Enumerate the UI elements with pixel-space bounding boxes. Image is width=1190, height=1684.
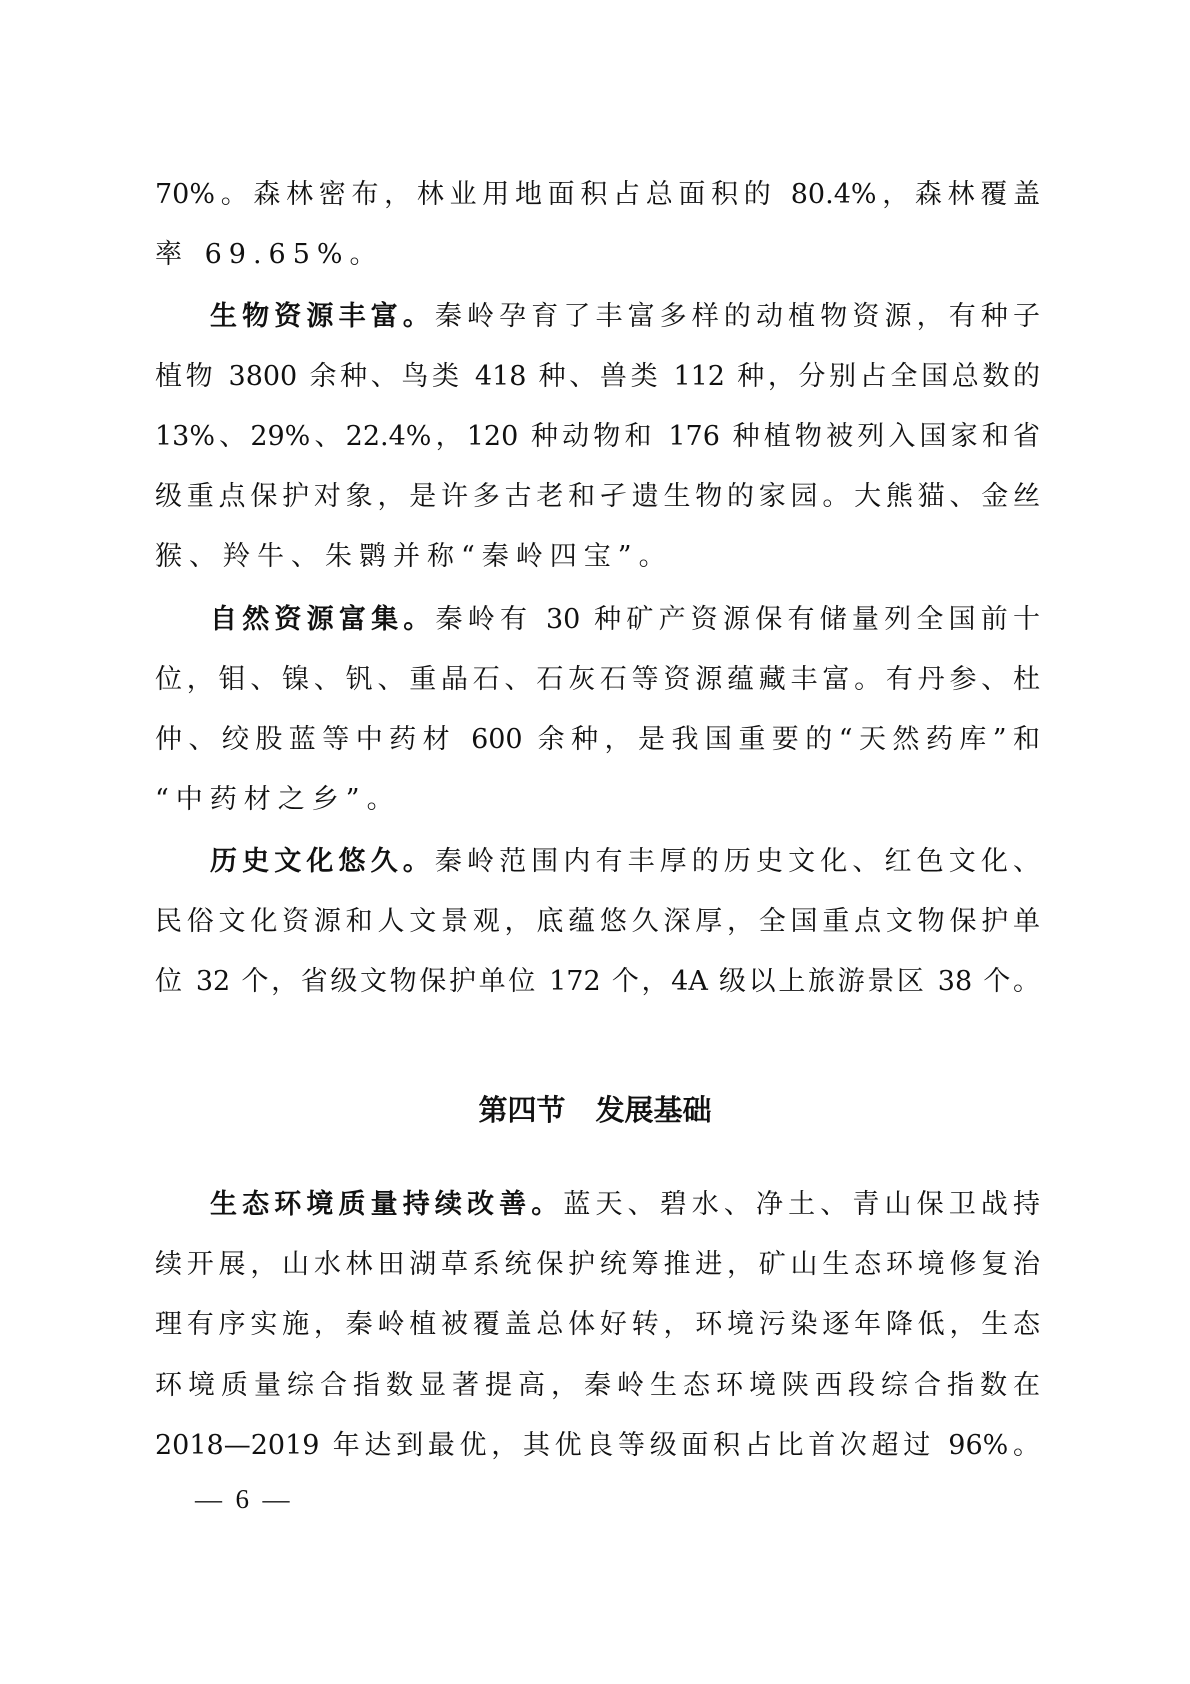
paragraph-line: 民俗文化资源和人文景观，底蕴悠久深厚，全国重点文物保护单 [155, 902, 1040, 942]
paragraph-line: “中药材之乡”。 [155, 780, 1040, 820]
page-number: — 6 — [195, 1479, 290, 1519]
paragraph-first-line: 生态环境质量持续改善。蓝天、碧水、净土、青山保卫战持 [210, 1185, 1040, 1225]
paragraph-lead-ecology: 生态环境质量持续改善。 [210, 1189, 563, 1220]
paragraph-first-line: 生物资源丰富。秦岭孕育了丰富多样的动植物资源，有种子 [210, 297, 1040, 337]
paragraph-line: 位 32 个，省级文物保护单位 172 个，4A 级以上旅游景区 38 个。 [155, 962, 1040, 1002]
paragraph-text: 秦岭范围内有丰厚的历史文化、红色文化、 [435, 846, 1040, 877]
paragraph-line: 70%。森林密布，林业用地面积占总面积的 80.4%，森林覆盖 [155, 175, 1040, 215]
paragraph-first-line: 历史文化悠久。秦岭范围内有丰厚的历史文化、红色文化、 [210, 842, 1040, 882]
section-title: 发展基础 [596, 1093, 712, 1127]
paragraph-text: 秦岭孕育了丰富多样的动植物资源，有种子 [435, 301, 1040, 332]
paragraph-line: 2018—2019 年达到最优，其优良等级面积占比首次超过 96%。 [155, 1426, 1040, 1466]
paragraph-line: 续开展，山水林田湖草系统保护统筹推进，矿山生态环境修复治 [155, 1245, 1040, 1285]
paragraph-lead-natural: 自然资源富集。 [210, 604, 436, 635]
paragraph-line: 13%、29%、22.4%，120 种动物和 176 种植物被列入国家和省 [155, 417, 1040, 457]
section-number: 第四节 [478, 1093, 565, 1127]
paragraph-line: 仲、绞股蓝等中药材 600 余种，是我国重要的“天然药库”和 [155, 720, 1040, 760]
paragraph-text: 秦岭有 30 种矿产资源保有储量列全国前十 [436, 604, 1040, 635]
document-page: 70%。森林密布，林业用地面积占总面积的 80.4%，森林覆盖 率 69.65%… [0, 0, 1190, 1684]
paragraph-text: 蓝天、碧水、净土、青山保卫战持 [563, 1189, 1040, 1220]
paragraph-line: 植物 3800 余种、鸟类 418 种、兽类 112 种，分别占全国总数的 [155, 357, 1040, 397]
paragraph-line: 理有序实施，秦岭植被覆盖总体好转，环境污染逐年降低，生态 [155, 1305, 1040, 1345]
paragraph-lead-biology: 生物资源丰富。 [210, 301, 435, 332]
section-heading: 第四节发展基础 [0, 1090, 1190, 1130]
paragraph-line: 级重点保护对象，是许多古老和孑遗生物的家园。大熊猫、金丝 [155, 477, 1040, 517]
paragraph-line: 环境质量综合指数显著提高，秦岭生态环境陕西段综合指数在 [155, 1366, 1040, 1406]
paragraph-first-line: 自然资源富集。秦岭有 30 种矿产资源保有储量列全国前十 [210, 600, 1040, 640]
paragraph-line: 率 69.65%。 [155, 235, 1040, 275]
paragraph-line: 猴、羚牛、朱鹮并称“秦岭四宝”。 [155, 537, 1040, 577]
paragraph-line: 位，钼、镍、钒、重晶石、石灰石等资源蕴藏丰富。有丹参、杜 [155, 660, 1040, 700]
paragraph-lead-history: 历史文化悠久。 [210, 846, 435, 877]
